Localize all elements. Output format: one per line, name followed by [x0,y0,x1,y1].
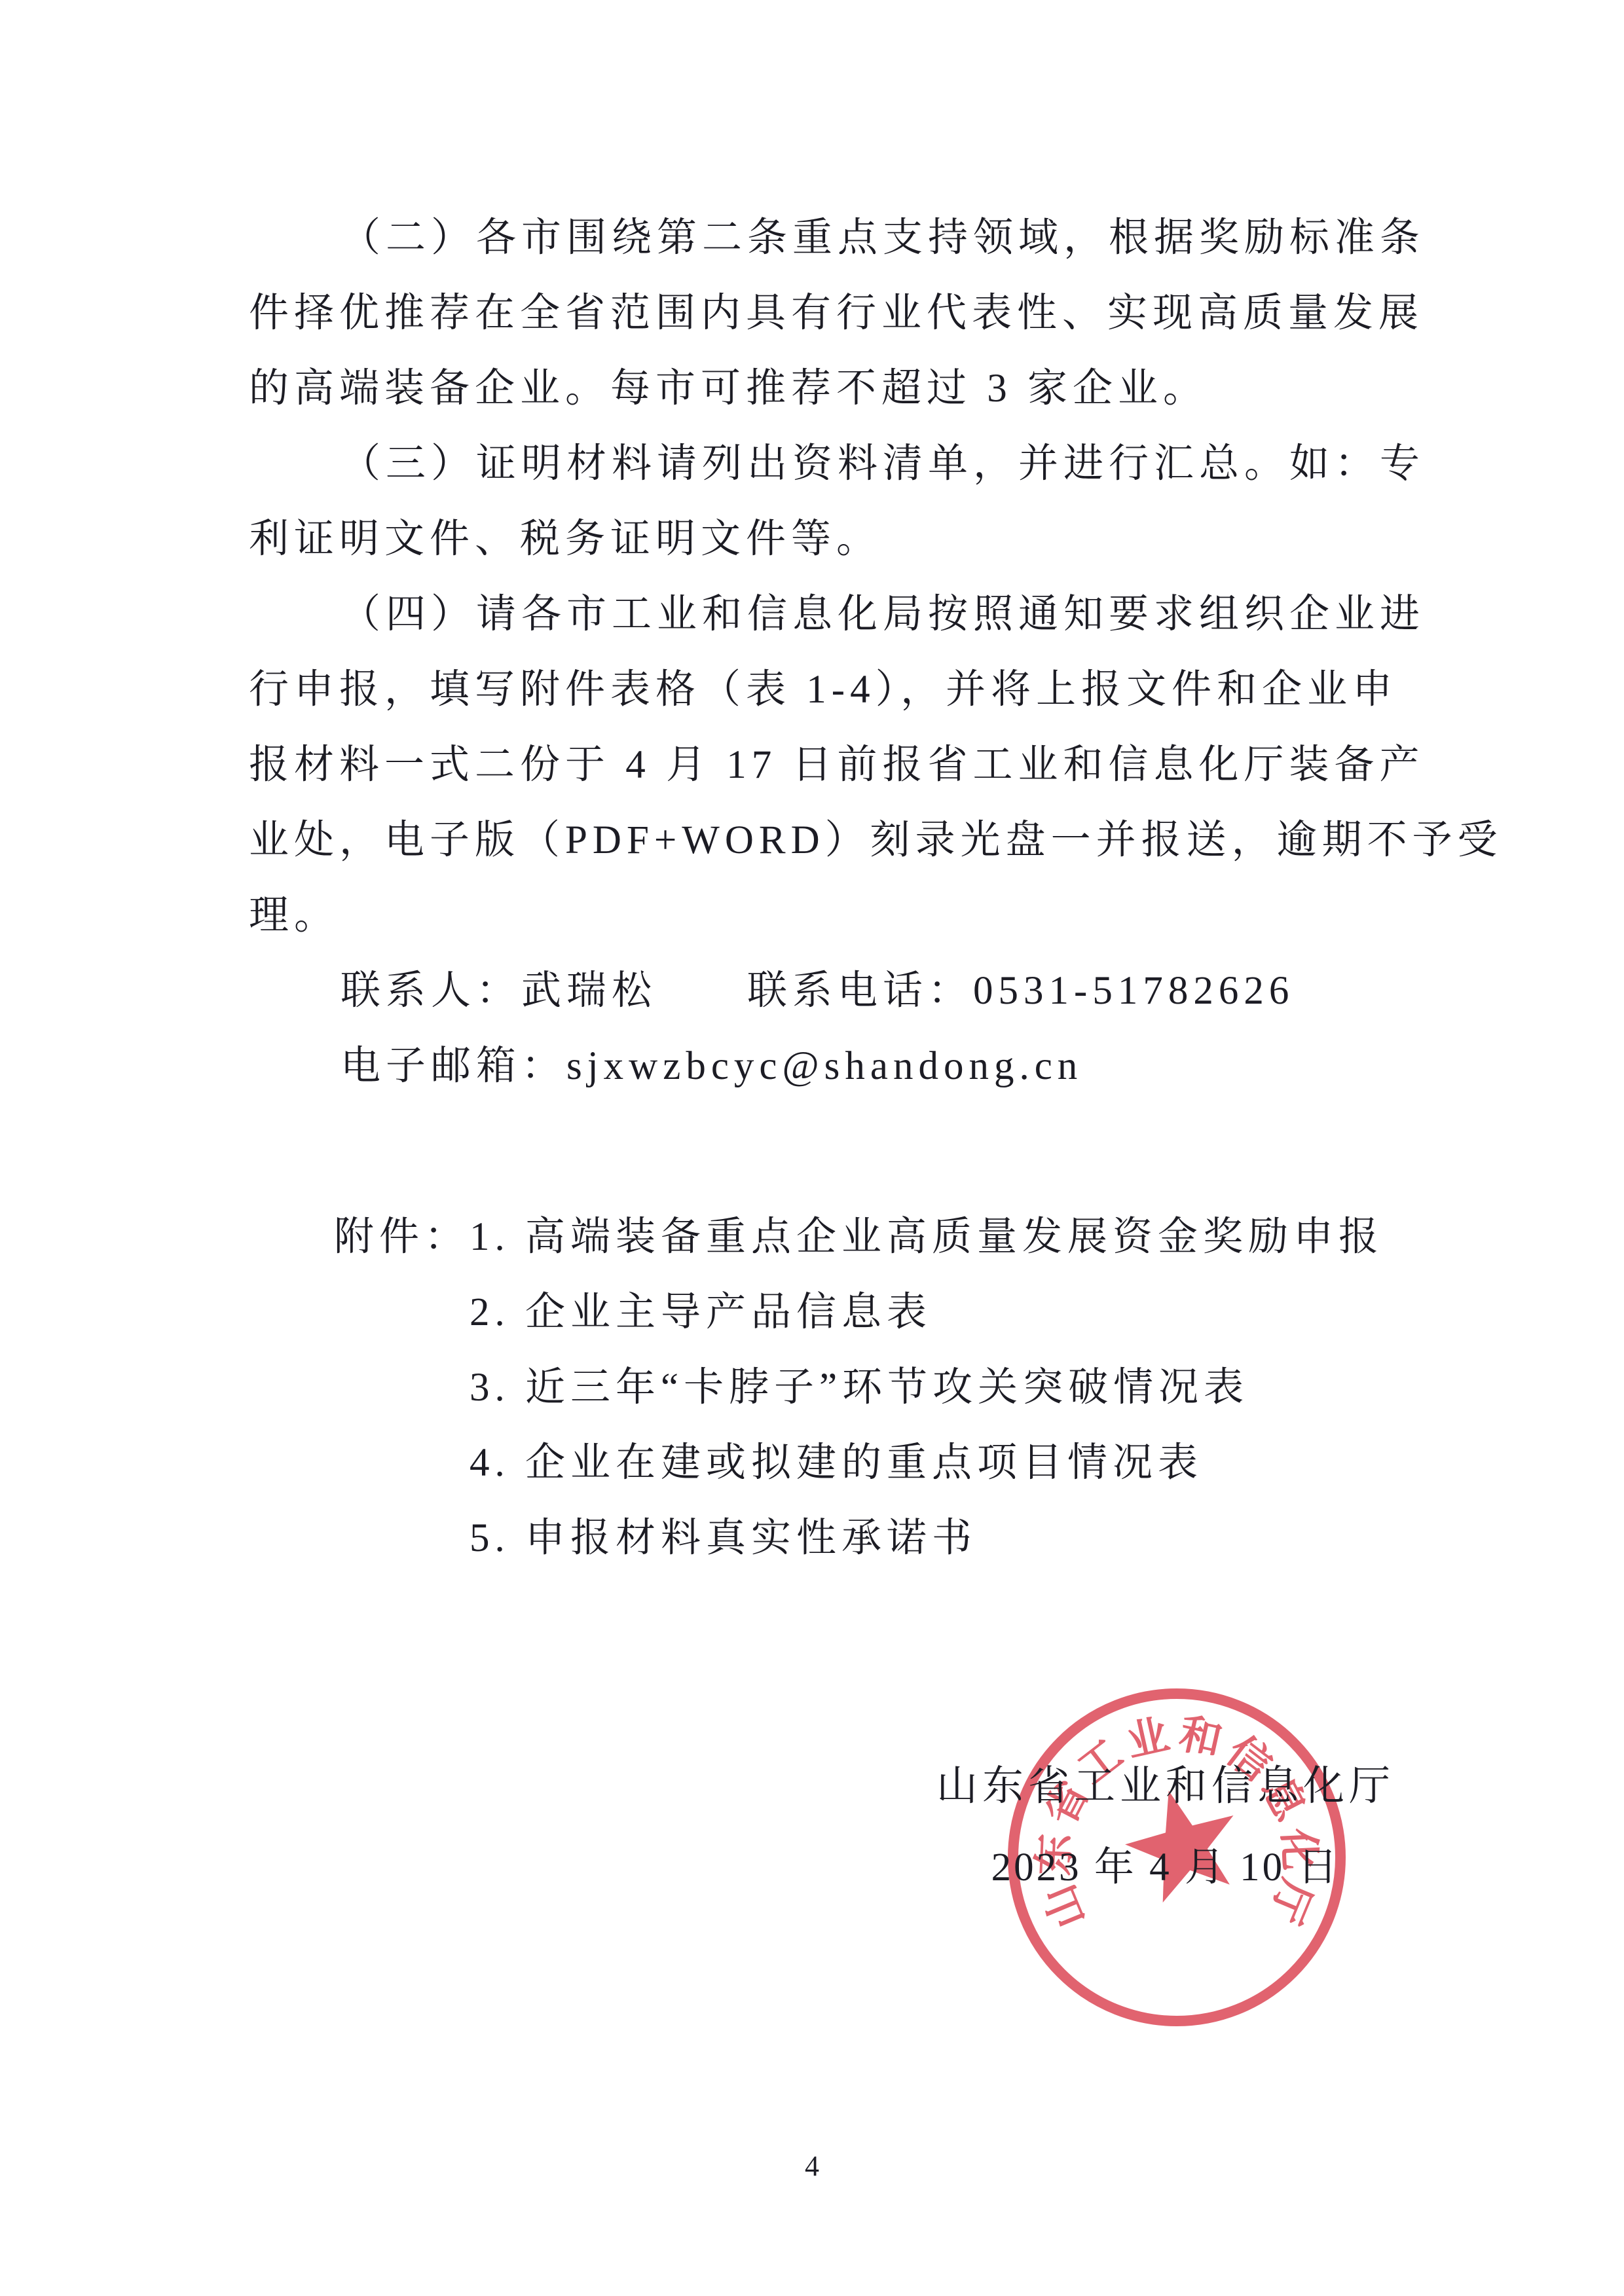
signature-date: 2023 年 4 月 10 日 [917,1842,1414,1894]
body-line: （二）各市围绕第二条重点支持领域，根据奖励标准条 [249,200,1403,276]
body-line: 行申报，填写附件表格（表 1-4），并将上报文件和企业申 [249,652,1403,727]
body-line: 业处，电子版（PDF+WORD）刻录光盘一并报送，逾期不予受 [249,803,1403,878]
signature-block: 山东省工业和信息化厅 2023 年 4 月 10 日 [917,1760,1414,1894]
attachment-item: 4. 企业在建或拟建的重点项目情况表 [470,1425,1384,1501]
body-line: （四）请各市工业和信息化局按照通知要求组织企业进 [249,577,1403,652]
body-line: 利证明文件、税务证明文件等。 [249,501,1403,577]
attachments-label: 附件： [334,1199,470,1275]
body-line: 报材料一式二份于 4 月 17 日前报省工业和信息化厅装备产 [249,727,1403,803]
page-number: 4 [0,2149,1624,2183]
body-text: （二）各市围绕第二条重点支持领域，根据奖励标准条 件择优推荐在全省范围内具有行业… [249,200,1403,1104]
attachment-item: 2. 企业主导产品信息表 [470,1275,1384,1350]
body-line: （三）证明材料请列出资料清单，并进行汇总。如：专 [249,426,1403,501]
signature-org: 山东省工业和信息化厅 [917,1760,1414,1812]
body-line: 理。 [249,878,1403,953]
body-line: 的高端装备企业。每市可推荐不超过 3 家企业。 [249,351,1403,426]
document-page: （二）各市围绕第二条重点支持领域，根据奖励标准条 件择优推荐在全省范围内具有行业… [0,0,1624,2296]
attachment-item: 1. 高端装备重点企业高质量发展资金奖励申报 [470,1199,1384,1275]
email-line: 电子邮箱：sjxwzbcyc@shandong.cn [249,1029,1403,1104]
attachment-item: 5. 申报材料真实性承诺书 [470,1501,1384,1576]
contact-line: 联系人：武瑞松 联系电话：0531-51782626 [249,953,1403,1029]
attachments-list: 1. 高端装备重点企业高质量发展资金奖励申报 2. 企业主导产品信息表 3. 近… [470,1199,1384,1576]
attachment-item: 3. 近三年“卡脖子”环节攻关突破情况表 [470,1350,1384,1425]
body-line: 件择优推荐在全省范围内具有行业代表性、实现高质量发展 [249,276,1403,351]
attachments-block: 附件： 1. 高端装备重点企业高质量发展资金奖励申报 2. 企业主导产品信息表 … [334,1199,1384,1576]
